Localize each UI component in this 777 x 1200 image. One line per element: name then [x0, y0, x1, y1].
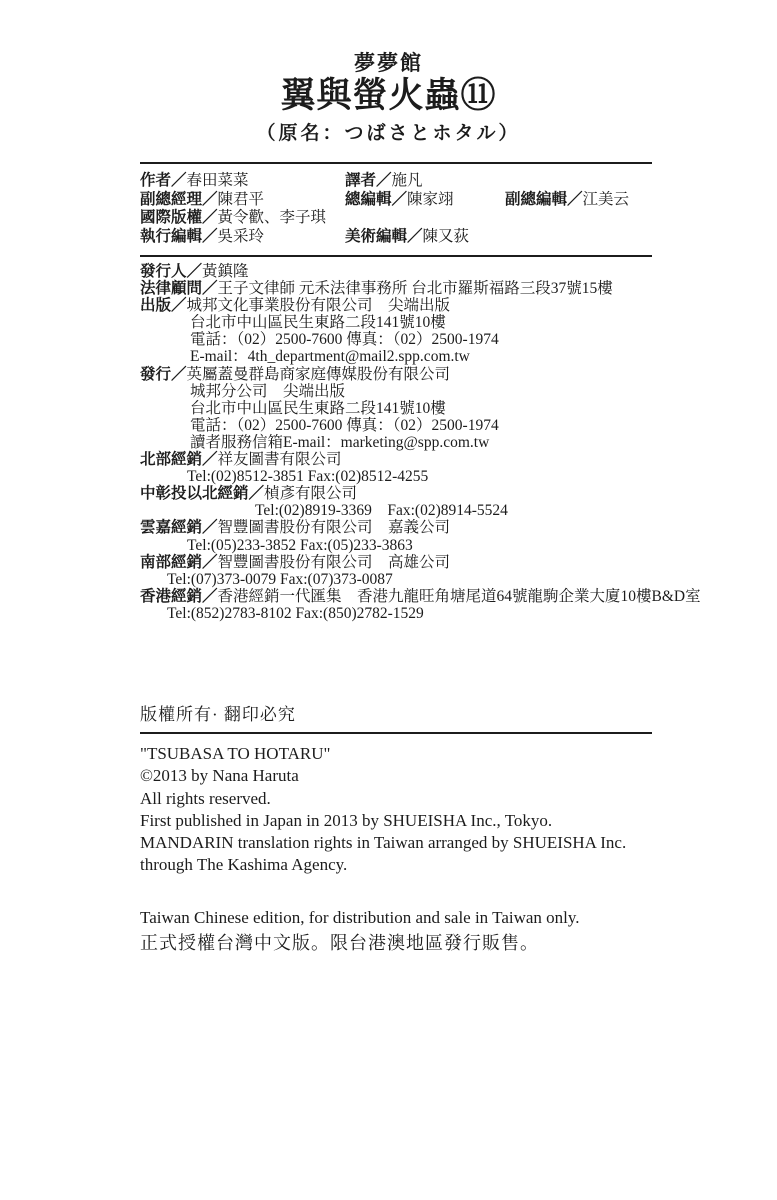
publisher-line: 發行／英屬蓋曼群島商家庭傳媒股份有限公司 — [140, 366, 740, 383]
credit-row: 執行編輯／吳采玲美術編輯／陳又荻 — [140, 228, 652, 247]
taiwan-edition-zh: 正式授權台灣中文版。限台港澳地區發行販售。 — [140, 930, 580, 957]
publisher-text: 電話：（02）2500-7600 傳真：（02）2500-1974 — [190, 331, 499, 348]
publisher-text: 香港經銷一代匯集 香港九龍旺角塘尾道64號龍駒企業大廈10樓B&D室 — [218, 588, 701, 605]
taiwan-edition-en: Taiwan Chinese edition, for distribution… — [140, 905, 580, 930]
title-block: 夢夢館 翼與螢火蟲⑪ （原名：つばさとホタル） — [0, 50, 777, 147]
copyright-line: ©2013 by Nana Haruta — [140, 765, 626, 787]
publisher-line: 出版／城邦文化事業股份有限公司 尖端出版 — [140, 297, 740, 314]
publisher-label: 南部經銷／ — [140, 554, 218, 571]
staff-credits-box: 作者／春田菜菜譯者／施凡 副總經理／陳君平總編輯／陳家翊副總編輯／江美云 國際版… — [140, 162, 652, 257]
credit-label: 譯者／ — [345, 172, 392, 189]
publisher-label: 出版／ — [140, 297, 187, 314]
publisher-line: 發行人／黃鎮隆 — [140, 263, 740, 280]
credit-value: 吳采玲 — [218, 228, 265, 245]
publisher-text: Tel:(07)373-0079 Fax:(07)373-0087 — [167, 571, 393, 588]
publisher-label: 中彰投以北經銷／ — [140, 485, 264, 502]
credit-cell: 副總經理／陳君平 — [140, 191, 345, 210]
publisher-line: 香港經銷／香港經銷一代匯集 香港九龍旺角塘尾道64號龍駒企業大廈10樓B&D室 — [140, 588, 740, 605]
publisher-info: 發行人／黃鎮隆 法律顧問／王子文律師 元禾法律事務所 台北市羅斯福路三段37號1… — [140, 263, 740, 622]
credit-cell: 美術編輯／陳又荻 — [345, 228, 469, 247]
credit-value: 陳家翊 — [407, 191, 454, 208]
english-copyright-block: "TSUBASA TO HOTARU" ©2013 by Nana Haruta… — [140, 743, 626, 877]
credit-value: 江美云 — [583, 191, 630, 208]
publisher-text: Tel:(852)2783-8102 Fax:(850)2782-1529 — [167, 605, 424, 622]
publisher-line: Tel:(07)373-0079 Fax:(07)373-0087 — [140, 571, 740, 588]
credit-label: 作者／ — [140, 172, 187, 189]
publisher-text: 英屬蓋曼群島商家庭傳媒股份有限公司 — [187, 366, 451, 383]
publisher-line: 中彰投以北經銷／楨彥有限公司 — [140, 485, 740, 502]
publisher-text: 楨彥有限公司 — [264, 485, 357, 502]
taiwan-edition-notice: Taiwan Chinese edition, for distribution… — [140, 905, 580, 957]
publisher-text: 城邦文化事業股份有限公司 尖端出版 — [187, 297, 451, 314]
publisher-line: 電話：（02）2500-7600 傳真：（02）2500-1974 — [140, 331, 740, 348]
credit-value: 春田菜菜 — [187, 172, 249, 189]
rights-notice: 版權所有· 翻印必究 — [140, 700, 296, 725]
credit-value: 黃令歡、李子琪 — [218, 209, 327, 226]
publisher-text: 城邦分公司 尖端出版 — [190, 383, 345, 400]
divider — [140, 732, 652, 734]
publisher-line: 南部經銷／智豐圖書股份有限公司 高雄公司 — [140, 554, 740, 571]
publisher-label: 雲嘉經銷／ — [140, 519, 218, 536]
publisher-text: E-mail：4th_department@mail2.spp.com.tw — [190, 348, 470, 365]
credit-value: 陳君平 — [218, 191, 265, 208]
publisher-text: 讀者服務信箱E-mail：marketing@spp.com.tw — [190, 434, 489, 451]
credit-cell: 執行編輯／吳采玲 — [140, 228, 345, 247]
colophon-page: 夢夢館 翼與螢火蟲⑪ （原名：つばさとホタル） 作者／春田菜菜譯者／施凡 副總經… — [0, 0, 777, 1200]
copyright-line: First published in Japan in 2013 by SHUE… — [140, 810, 626, 832]
publisher-line: 北部經銷／祥友圖書有限公司 — [140, 451, 740, 468]
publisher-text: 黃鎮隆 — [202, 263, 249, 280]
credit-row: 作者／春田菜菜譯者／施凡 — [140, 172, 652, 191]
publisher-line: Tel:(02)8512-3851 Fax:(02)8512-4255 — [140, 468, 740, 485]
publisher-label: 香港經銷／ — [140, 588, 218, 605]
credit-value: 施凡 — [392, 172, 423, 189]
publisher-line: 台北市中山區民生東路二段141號10樓 — [140, 400, 740, 417]
publisher-label: 北部經銷／ — [140, 451, 218, 468]
copyright-line: "TSUBASA TO HOTARU" — [140, 743, 626, 765]
credit-label: 副總經理／ — [140, 191, 218, 208]
credit-label: 副總編輯／ — [505, 191, 583, 208]
publisher-line: Tel:(852)2783-8102 Fax:(850)2782-1529 — [140, 605, 740, 622]
credit-value: 陳又荻 — [423, 228, 470, 245]
publisher-label: 法律顧問／ — [140, 280, 218, 297]
publisher-text: 電話：（02）2500-7600 傳真：（02）2500-1974 — [190, 417, 499, 434]
publisher-text: 台北市中山區民生東路二段141號10樓 — [190, 400, 446, 417]
publisher-label: 發行人／ — [140, 263, 202, 280]
credit-label: 美術編輯／ — [345, 228, 423, 245]
publisher-text: Tel:(02)8512-3851 Fax:(02)8512-4255 — [187, 468, 428, 485]
credit-row: 國際版權／黃令歡、李子琪 — [140, 209, 652, 228]
publisher-text: 台北市中山區民生東路二段141號10樓 — [190, 314, 446, 331]
credit-label: 總編輯／ — [345, 191, 407, 208]
publisher-text: 智豐圖書股份有限公司 高雄公司 — [218, 554, 451, 571]
publisher-line: Tel:(05)233-3852 Fax:(05)233-3863 — [140, 537, 740, 554]
publisher-line: 雲嘉經銷／智豐圖書股份有限公司 嘉義公司 — [140, 519, 740, 536]
publisher-text: Tel:(05)233-3852 Fax:(05)233-3863 — [187, 537, 413, 554]
book-title: 翼與螢火蟲⑪ — [0, 76, 777, 116]
publisher-line: 電話：（02）2500-7600 傳真：（02）2500-1974 — [140, 417, 740, 434]
credit-row: 副總經理／陳君平總編輯／陳家翊副總編輯／江美云 — [140, 191, 652, 210]
publisher-line: 讀者服務信箱E-mail：marketing@spp.com.tw — [140, 434, 740, 451]
copyright-line: All rights reserved. — [140, 788, 626, 810]
credit-cell: 作者／春田菜菜 — [140, 172, 345, 191]
credit-cell: 國際版權／黃令歡、李子琪 — [140, 209, 326, 228]
publisher-line: 台北市中山區民生東路二段141號10樓 — [140, 314, 740, 331]
credit-cell: 副總編輯／江美云 — [505, 191, 629, 210]
imprint-label: 夢夢館 — [0, 50, 777, 76]
publisher-label: 發行／ — [140, 366, 187, 383]
copyright-line: through The Kashima Agency. — [140, 854, 626, 876]
credit-cell: 總編輯／陳家翊 — [345, 191, 505, 210]
original-title: （原名：つばさとホタル） — [0, 121, 777, 147]
publisher-text: 智豐圖書股份有限公司 嘉義公司 — [218, 519, 451, 536]
publisher-line: 法律顧問／王子文律師 元禾法律事務所 台北市羅斯福路三段37號15樓 — [140, 280, 740, 297]
publisher-line: 城邦分公司 尖端出版 — [140, 383, 740, 400]
credit-label: 執行編輯／ — [140, 228, 218, 245]
publisher-text: 祥友圖書有限公司 — [218, 451, 342, 468]
publisher-line: Tel:(02)8919-3369 Fax:(02)8914-5524 — [140, 502, 740, 519]
publisher-text: Tel:(02)8919-3369 Fax:(02)8914-5524 — [255, 502, 508, 519]
publisher-line: E-mail：4th_department@mail2.spp.com.tw — [140, 348, 740, 365]
credit-label: 國際版權／ — [140, 209, 218, 226]
publisher-text: 王子文律師 元禾法律事務所 台北市羅斯福路三段37號15樓 — [218, 280, 613, 297]
copyright-line: MANDARIN translation rights in Taiwan ar… — [140, 832, 626, 854]
credit-cell: 譯者／施凡 — [345, 172, 423, 191]
